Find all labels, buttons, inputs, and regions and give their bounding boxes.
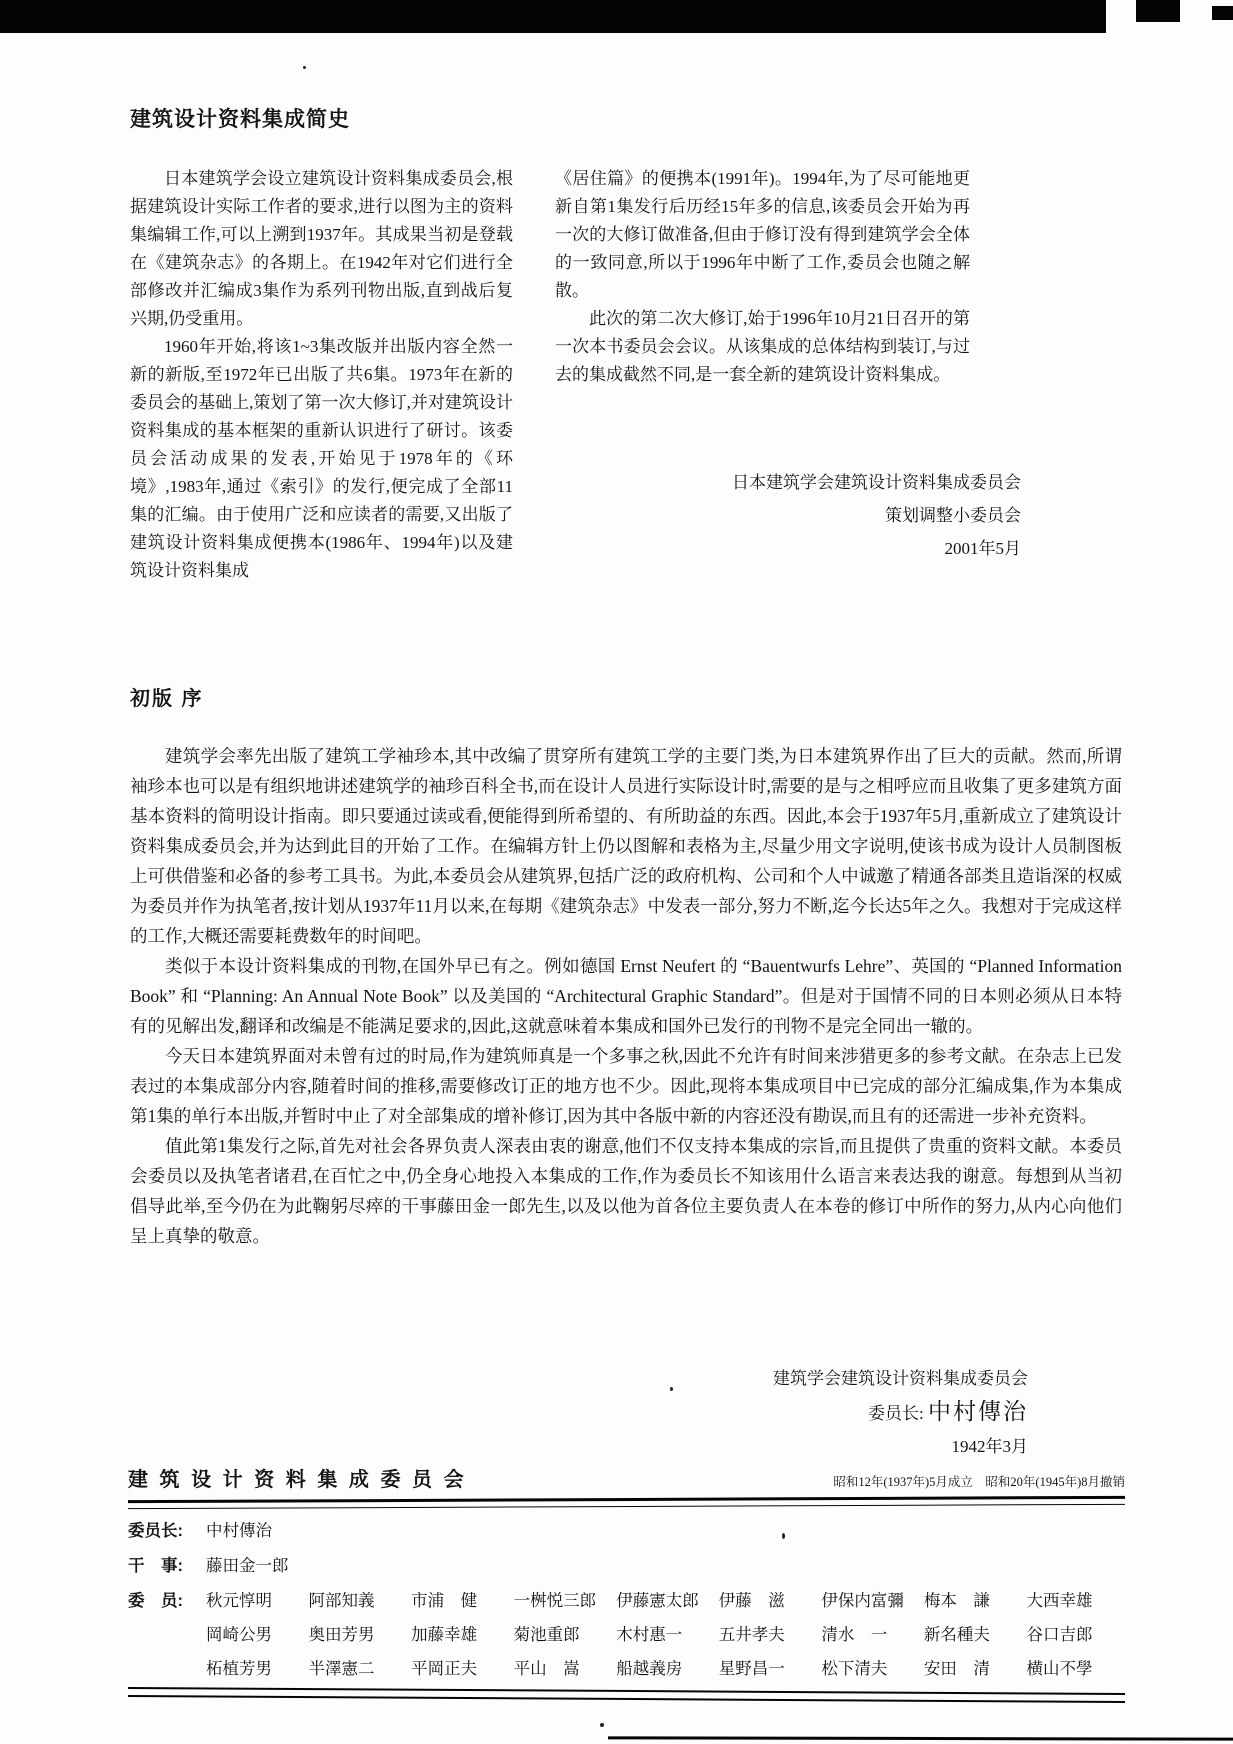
- member-name: 大西幸雄: [1026, 1590, 1125, 1612]
- committee-rule-top: [128, 1496, 1125, 1509]
- signature-org: 建筑学会建筑设计资料集成委员会: [773, 1362, 1028, 1395]
- member-name: 柘植芳男: [206, 1658, 305, 1680]
- row-label: 干 事:: [128, 1555, 206, 1577]
- scan-speck: [600, 1723, 604, 1727]
- scan-top-bar: [0, 0, 1106, 33]
- member-name: 平山 嵩: [514, 1658, 613, 1680]
- member-block: 秋元惇明阿部知義市浦 健一桝悦三郎伊藤憲太郎伊藤 滋伊保内富彌梅本 謙大西幸雄 …: [206, 1590, 1125, 1680]
- signature-subcommittee: 策划调整小委员会: [732, 499, 1021, 532]
- member-name: 奥田芳男: [309, 1624, 408, 1646]
- member-name: 新名種夫: [924, 1624, 1023, 1646]
- member-row: 柘植芳男半澤憲二平岡正夫平山 嵩船越義房星野昌一松下清夫安田 清横山不學: [206, 1658, 1125, 1680]
- member-name: 阿部知義: [309, 1590, 408, 1612]
- committee-header: 建 筑 设 计 资 料 集 成 委 员 会 昭和12年(1937年)5月成立 昭…: [128, 1452, 1125, 1492]
- member-name: 秋元惇明: [206, 1590, 305, 1612]
- committee-dates-note: 昭和12年(1937年)5月成立 昭和20年(1945年)8月撤销: [833, 1472, 1125, 1492]
- committee-row-chairman: 委员长: 中村傳治: [128, 1520, 1125, 1542]
- member-name: 伊藤 滋: [719, 1590, 818, 1612]
- preface-paragraph: 值此第1集发行之际,首先对社会各界负责人深表由衷的谢意,他们不仅支持本集成的宗旨…: [130, 1131, 1122, 1251]
- preface-title: 初版 序: [130, 682, 1122, 711]
- history-paragraph: 此次的第二次大修订,始于1996年10月21日召开的第一次本书委员会会议。从该集…: [555, 305, 970, 389]
- scan-corner-mark: [1212, 6, 1233, 20]
- scan-bottom-line: [608, 1736, 1233, 1740]
- member-name: 横山不學: [1026, 1658, 1125, 1680]
- member-name: 星野昌一: [719, 1658, 818, 1680]
- preface-paragraph: 今天日本建筑界面对未曾有过的时局,作为建筑师真是一个多事之秋,因此不允许有时间来…: [130, 1041, 1122, 1131]
- preface-signature: 建筑学会建筑设计资料集成委员会 委员长: 中村傳治 1942年3月: [773, 1362, 1028, 1463]
- member-name: 半澤憲二: [309, 1658, 408, 1680]
- member-name: 岡崎公男: [206, 1624, 305, 1646]
- scan-speck: [303, 66, 306, 69]
- member-name: 清水 一: [821, 1624, 920, 1646]
- member-name: 伊保内富彌: [821, 1590, 920, 1612]
- member-name: 市浦 健: [411, 1590, 510, 1612]
- member-name: 一桝悦三郎: [514, 1590, 613, 1612]
- scan-speck: [670, 1387, 673, 1391]
- member-name: 谷口吉郎: [1026, 1624, 1125, 1646]
- member-row: 秋元惇明阿部知義市浦 健一桝悦三郎伊藤憲太郎伊藤 滋伊保内富彌梅本 謙大西幸雄: [206, 1590, 1125, 1612]
- scanned-document-page: 建筑设计资料集成简史 日本建筑学会设立建筑设计资料集成委员会,根据建筑设计实际工…: [0, 0, 1233, 1744]
- history-paragraph: 《居住篇》的便携本(1991年)。1994年,为了尽可能地更新自第1集发行后历经…: [555, 165, 970, 305]
- history-left-column: 日本建筑学会设立建筑设计资料集成委员会,根据建筑设计实际工作者的要求,进行以图为…: [130, 165, 513, 585]
- member-name: 五井孝夫: [719, 1624, 818, 1646]
- chairman-role: 委员长:: [868, 1404, 924, 1423]
- preface-paragraph: 类似于本设计资料集成的刊物,在国外早已有之。例如德国 Ernst Neufert…: [130, 951, 1122, 1041]
- history-paragraph: 日本建筑学会设立建筑设计资料集成委员会,根据建筑设计实际工作者的要求,进行以图为…: [130, 165, 513, 333]
- row-value: 藤田金一郎: [206, 1555, 289, 1577]
- member-name: 梅本 謙: [924, 1590, 1023, 1612]
- committee-row-members: 委 员: 秋元惇明阿部知義市浦 健一桝悦三郎伊藤憲太郎伊藤 滋伊保内富彌梅本 謙…: [128, 1590, 1125, 1680]
- signature-chairman: 委员长: 中村傳治: [773, 1395, 1028, 1430]
- scan-corner-mark: [1136, 0, 1180, 22]
- row-label: 委 员:: [128, 1590, 206, 1612]
- member-name: 木村惠一: [616, 1624, 715, 1646]
- member-name: 菊池重郎: [514, 1624, 613, 1646]
- member-name: 船越義房: [616, 1658, 715, 1680]
- history-signature: 日本建筑学会建筑设计资料集成委员会 策划调整小委员会 2001年5月: [732, 466, 1021, 565]
- member-name: 安田 清: [924, 1658, 1023, 1680]
- preface-section: 初版 序 建筑学会率先出版了建筑工学袖珍本,其中改编了贯穿所有建筑工学的主要门类…: [130, 682, 1122, 1251]
- committee-title: 建 筑 设 计 资 料 集 成 委 员 会: [128, 1463, 467, 1492]
- chairman-name: 中村傳治: [928, 1399, 1028, 1424]
- signature-org: 日本建筑学会建筑设计资料集成委员会: [732, 466, 1021, 499]
- preface-paragraph: 建筑学会率先出版了建筑工学袖珍本,其中改编了贯穿所有建筑工学的主要门类,为日本建…: [130, 741, 1122, 951]
- committee-row-secretary: 干 事: 藤田金一郎: [128, 1555, 1125, 1577]
- member-name: 伊藤憲太郎: [616, 1590, 715, 1612]
- row-label: 委员长:: [128, 1520, 206, 1542]
- member-row: 岡崎公男奥田芳男加藤幸雄菊池重郎木村惠一五井孝夫清水 一新名種夫谷口吉郎: [206, 1624, 1125, 1646]
- history-paragraph: 1960年开始,将该1~3集改版并出版内容全然一新的新版,至1972年已出版了共…: [130, 333, 513, 585]
- committee-rule-bottom: [128, 1687, 1125, 1703]
- row-value: 中村傳治: [206, 1520, 272, 1542]
- member-name: 加藤幸雄: [411, 1624, 510, 1646]
- signature-date: 2001年5月: [732, 532, 1021, 565]
- history-title: 建筑设计资料集成简史: [130, 103, 1125, 133]
- member-name: 松下清夫: [821, 1658, 920, 1680]
- member-name: 平岡正夫: [411, 1658, 510, 1680]
- committee-section: 建 筑 设 计 资 料 集 成 委 员 会 昭和12年(1937年)5月成立 昭…: [128, 1452, 1125, 1700]
